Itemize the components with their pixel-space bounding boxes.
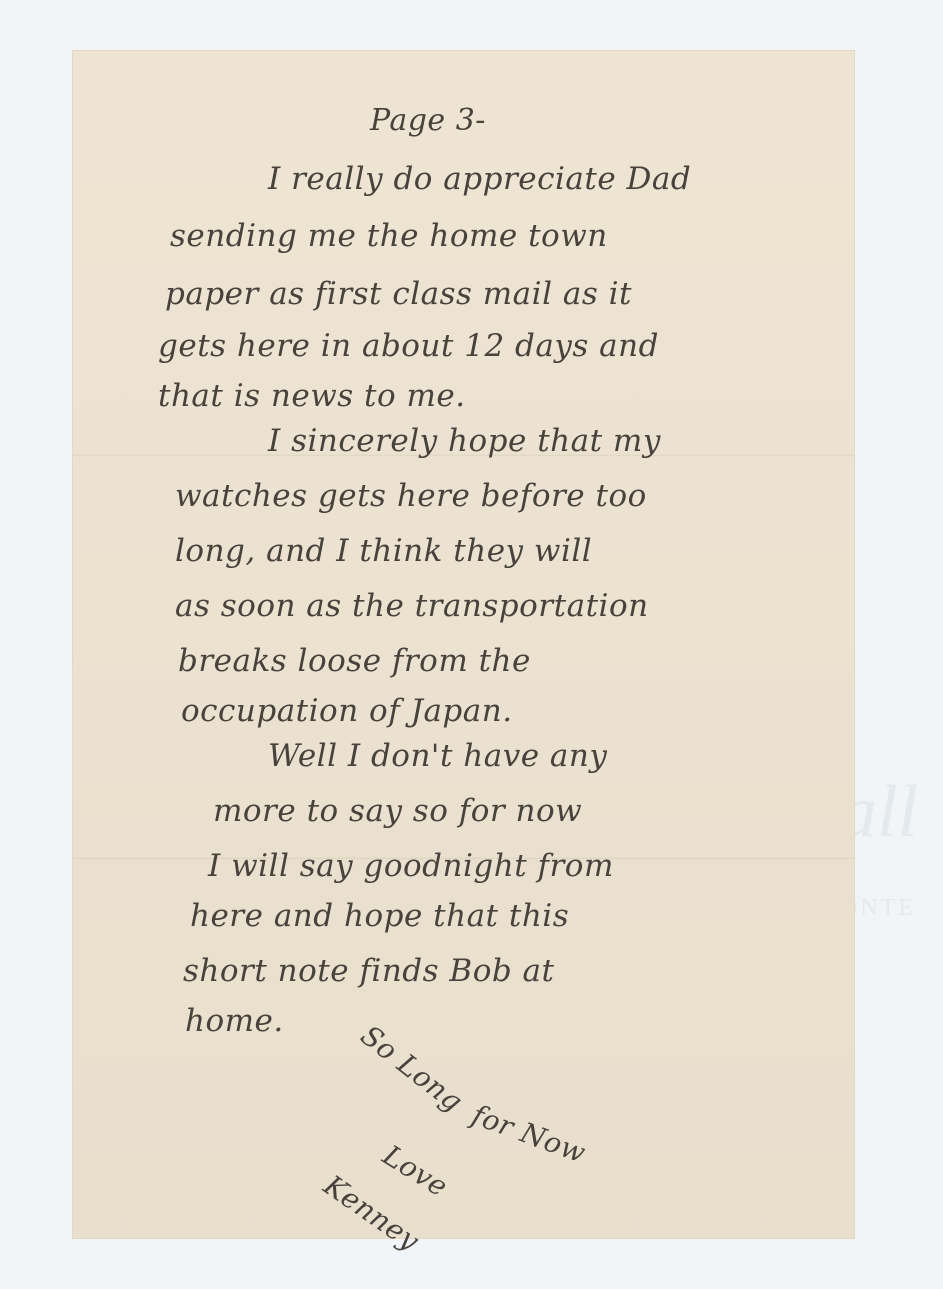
letter-line: watches gets here before too — [175, 481, 647, 512]
letter-line: I really do appreciate Dad — [268, 164, 691, 195]
letter-line: paper as first class mail as it — [165, 279, 632, 310]
letter-line: I will say goodnight from — [208, 851, 614, 882]
letter-line: Well I don't have any — [268, 741, 607, 772]
letter-line: occupation of Japan. — [181, 696, 513, 727]
letter-line: sending me the home town — [170, 221, 608, 252]
letter-line: that is news to me. — [158, 381, 466, 412]
letter-sheet: Page 3- I really do appreciate Dad sendi… — [73, 51, 854, 1238]
letter-line: here and hope that this — [190, 901, 569, 932]
page-heading: Page 3- — [370, 106, 486, 136]
closing-so-long: So Long — [356, 1021, 468, 1117]
letter-line: short note finds Bob at — [183, 956, 555, 987]
letter-line: gets here in about 12 days and — [158, 331, 659, 362]
letter-line: home. — [185, 1006, 284, 1037]
closing-for-now: for Now — [468, 1101, 589, 1168]
letter-line: more to say so for now — [213, 796, 582, 827]
letter-line: as soon as the transportation — [175, 591, 649, 622]
letter-line: I sincerely hope that my — [268, 426, 661, 457]
letter-line: breaks loose from the — [178, 646, 531, 677]
letter-line: long, and I think they will — [175, 536, 592, 567]
closing-love: Love — [378, 1141, 452, 1202]
